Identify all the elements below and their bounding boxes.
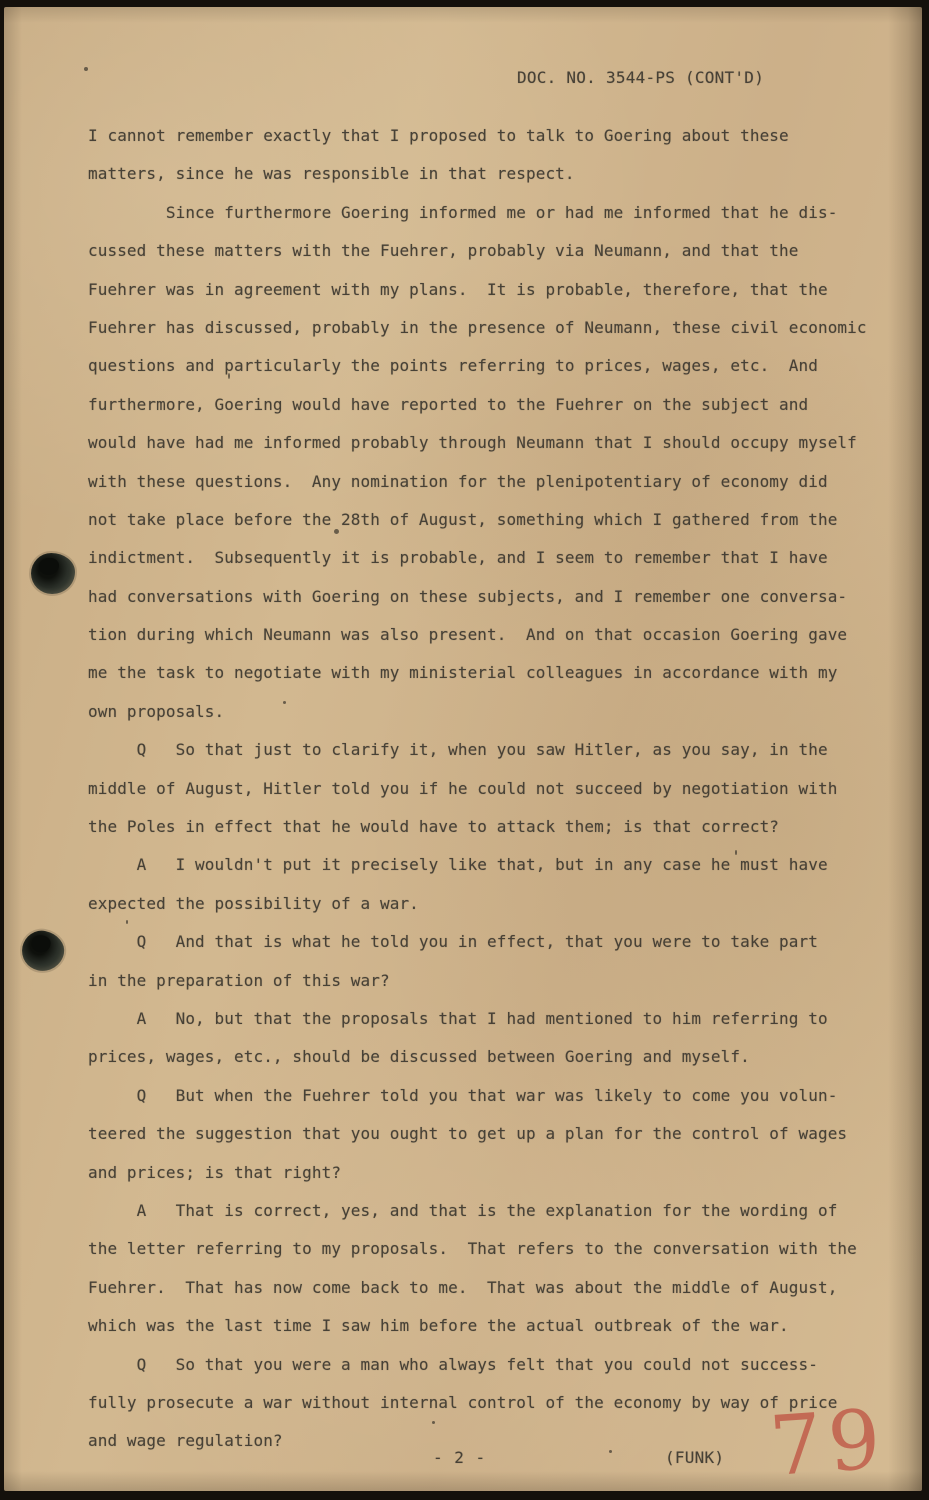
typed-line: not take place before the 28th of August… bbox=[88, 501, 908, 539]
typed-line: questions and particularly the points re… bbox=[88, 347, 908, 385]
paper-speck bbox=[735, 850, 737, 855]
typed-line: furthermore, Goering would have reported… bbox=[88, 386, 908, 424]
typed-line: Fuehrer has discussed, probably in the p… bbox=[88, 309, 908, 347]
typed-line: which was the last time I saw him before… bbox=[88, 1307, 908, 1345]
typed-line: teered the suggestion that you ought to … bbox=[88, 1115, 908, 1153]
typed-line: tion during which Neumann was also prese… bbox=[88, 616, 908, 654]
typed-line: had conversations with Goering on these … bbox=[88, 578, 908, 616]
document-number-header: DOC. NO. 3544-PS (CONT'D) bbox=[517, 68, 764, 87]
typed-line: Fuehrer. That has now come back to me. T… bbox=[88, 1269, 908, 1307]
handwritten-page-number: 79 bbox=[767, 1399, 889, 1489]
scanned-document-page: DOC. NO. 3544-PS (CONT'D) I cannot remem… bbox=[0, 0, 929, 1500]
typed-line: Since furthermore Goering informed me or… bbox=[88, 194, 908, 232]
typed-line: Fuehrer was in agreement with my plans. … bbox=[88, 271, 908, 309]
paper-speck bbox=[283, 701, 286, 704]
typed-line: and prices; is that right? bbox=[88, 1154, 908, 1192]
page-number: - 2 - bbox=[433, 1448, 486, 1467]
typed-line: I cannot remember exactly that I propose… bbox=[88, 117, 908, 155]
typed-line: middle of August, Hitler told you if he … bbox=[88, 770, 908, 808]
paper-speck bbox=[126, 920, 128, 924]
paper-speck bbox=[84, 67, 88, 71]
paper-speck bbox=[228, 373, 230, 379]
paper-speck bbox=[334, 529, 339, 534]
paper-sheet: DOC. NO. 3544-PS (CONT'D) I cannot remem… bbox=[4, 7, 922, 1491]
typed-line: Q And that is what he told you in effect… bbox=[88, 923, 908, 961]
typed-line: indictment. Subsequently it is probable,… bbox=[88, 539, 908, 577]
paper-speck bbox=[432, 1421, 435, 1424]
typed-line: expected the possibility of a war. bbox=[88, 885, 908, 923]
typed-line: with these questions. Any nomination for… bbox=[88, 463, 908, 501]
paper-speck bbox=[609, 1450, 612, 1453]
typed-line: A No, but that the proposals that I had … bbox=[88, 1000, 908, 1038]
typed-line: A I wouldn't put it precisely like that,… bbox=[88, 846, 908, 884]
typed-line: Q So that you were a man who always felt… bbox=[88, 1346, 908, 1384]
typed-line: Q So that just to clarify it, when you s… bbox=[88, 731, 908, 769]
typed-line: the letter referring to my proposals. Th… bbox=[88, 1230, 908, 1268]
typed-line: A That is correct, yes, and that is the … bbox=[88, 1192, 908, 1230]
typed-line: own proposals. bbox=[88, 693, 908, 731]
typed-line: prices, wages, etc., should be discussed… bbox=[88, 1038, 908, 1076]
typed-line: would have had me informed probably thro… bbox=[88, 424, 908, 462]
typed-lines: I cannot remember exactly that I propose… bbox=[88, 117, 908, 1461]
typed-line: matters, since he was responsible in tha… bbox=[88, 155, 908, 193]
speaker-tag: (FUNK) bbox=[665, 1448, 724, 1467]
typed-line: Q But when the Fuehrer told you that war… bbox=[88, 1077, 908, 1115]
typed-line: the Poles in effect that he would have t… bbox=[88, 808, 908, 846]
typed-line: cussed these matters with the Fuehrer, p… bbox=[88, 232, 908, 270]
typed-line: me the task to negotiate with my ministe… bbox=[88, 654, 908, 692]
typed-line: in the preparation of this war? bbox=[88, 962, 908, 1000]
